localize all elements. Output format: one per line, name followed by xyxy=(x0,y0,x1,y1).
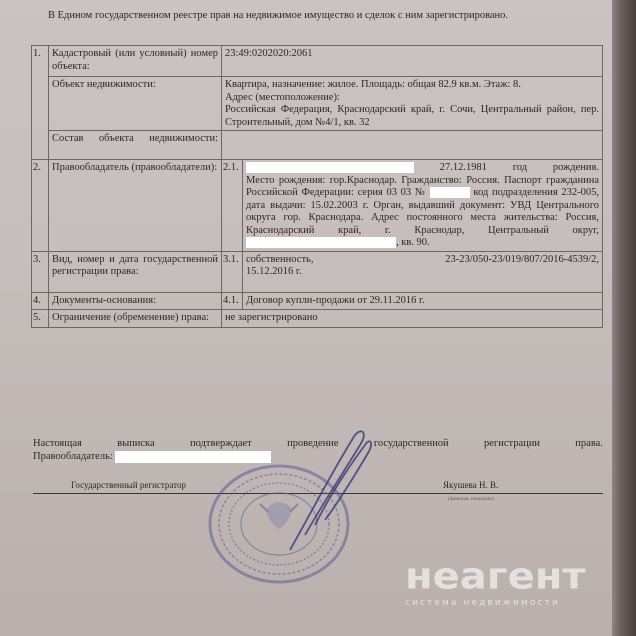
redacted-holder-name xyxy=(115,451,271,463)
registration-number: 23-23/050-23/019/807/2016-4539/2, xyxy=(445,254,599,267)
holder-footer-label: Правообладатель: xyxy=(33,451,113,462)
sub-number: 2.1. xyxy=(222,160,243,252)
background-edge xyxy=(612,0,636,636)
redacted-passport-number xyxy=(430,187,470,198)
intro-text: В Едином государственном реестре прав на… xyxy=(48,9,604,22)
registration-value: собственность, 23-23/050-23/019/807/2016… xyxy=(243,251,603,292)
right-kind: собственность, xyxy=(246,254,313,267)
neagent-watermark: неагент система недвижимости xyxy=(405,560,586,608)
birth-date: 27.12.1981 год рождения. xyxy=(440,162,599,173)
confirmation-word: регистрации xyxy=(484,437,540,450)
watermark-tagline: система недвижимости xyxy=(405,598,586,608)
registrar-name: Якушева Н. В. xyxy=(443,480,498,490)
holder-label: Правообладатель (правообладатели): xyxy=(49,160,222,252)
sub-number: 3.1. xyxy=(222,251,243,292)
row-number: 5. xyxy=(32,310,49,328)
signature-icon xyxy=(270,425,380,555)
table-row: 4. Документы-основания: 4.1. Договор куп… xyxy=(32,292,603,310)
cadastral-value: 23:49:0202020:2061 xyxy=(222,46,603,77)
table-row: Состав объекта недвижимости: xyxy=(32,131,603,160)
registration-date: 15.12.2016 г. xyxy=(246,266,599,279)
cadastral-label: Кадастровый (или условный) номер объекта… xyxy=(49,46,222,77)
confirmation-word: подтверждает xyxy=(190,437,252,450)
registrar-title: Государственный регистратор xyxy=(71,480,186,490)
object-label: Объект недвижимости: xyxy=(49,77,222,131)
object-value: Квартира, назначение: жилое. Площадь: об… xyxy=(222,77,603,131)
row-number: 4. xyxy=(32,292,49,310)
table-row: 3. Вид, номер и дата государственной рег… xyxy=(32,251,603,292)
encumbrance-label: Ограничение (обременение) права: xyxy=(49,310,222,328)
encumbrance-value: не зарегистрировано xyxy=(222,310,603,328)
basis-label: Документы-основания: xyxy=(49,292,222,310)
holder-text-3: , кв. 90. xyxy=(396,237,430,248)
registrar-caption: (фамилия, инициалы) xyxy=(448,497,494,502)
watermark-brand: неагент xyxy=(405,560,586,593)
confirmation-word: государственной xyxy=(374,437,449,450)
address-value: Российская Федерация, Краснодарский край… xyxy=(225,104,599,129)
confirmation-word: Настоящая xyxy=(33,437,82,450)
sub-number: 4.1. xyxy=(222,292,243,310)
table-row: 5. Ограничение (обременение) права: не з… xyxy=(32,310,603,328)
redacted-street xyxy=(246,237,396,248)
row-number: 2. xyxy=(32,160,49,252)
table-row: Объект недвижимости: Квартира, назначени… xyxy=(32,77,603,131)
address-label: Адрес (местоположение): xyxy=(225,92,599,105)
confirmation-word: выписка xyxy=(117,437,155,450)
holder-details: 27.12.1981 год рождения. Место рождения:… xyxy=(243,160,603,252)
basis-value: Договор купли-продажи от 29.11.2016 г. xyxy=(243,292,603,310)
registry-table: 1. Кадастровый (или условный) номер объе… xyxy=(31,45,603,328)
row-number: 3. xyxy=(32,251,49,292)
composition-label: Состав объекта недвижимости: xyxy=(49,131,222,160)
table-row: 2. Правообладатель (правообладатели): 2.… xyxy=(32,160,603,252)
composition-value xyxy=(222,131,603,160)
confirmation-word: права. xyxy=(575,437,603,450)
registration-label: Вид, номер и дата государственной регист… xyxy=(49,251,222,292)
table-row: 1. Кадастровый (или условный) номер объе… xyxy=(32,46,603,77)
row-number: 1. xyxy=(32,46,49,160)
object-description: Квартира, назначение: жилое. Площадь: об… xyxy=(225,79,599,92)
redacted-name xyxy=(246,162,414,173)
